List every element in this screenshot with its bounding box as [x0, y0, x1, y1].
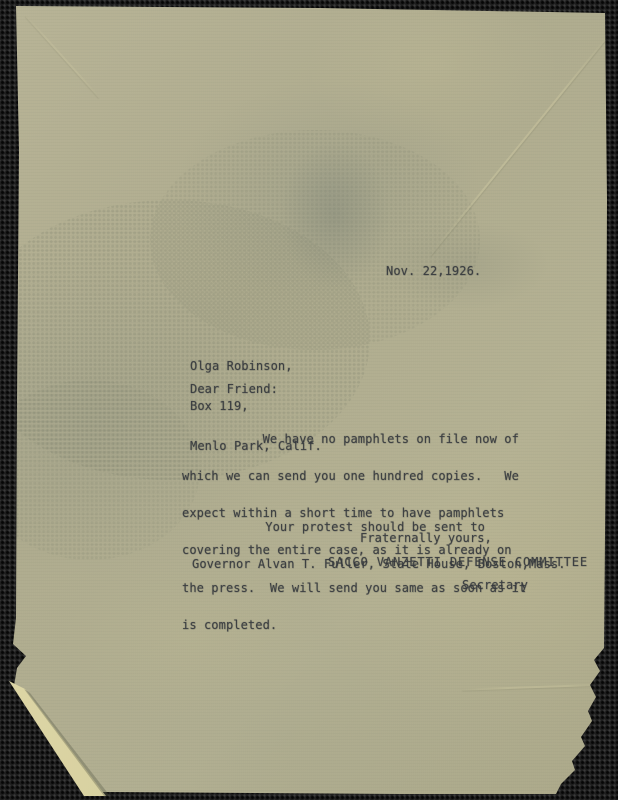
closing-line: Fraternally yours,: [360, 532, 492, 544]
paper-blotch: [280, 140, 390, 290]
body1-line: is completed.: [182, 619, 526, 631]
signature-title: Secretary: [462, 579, 528, 591]
body1-line: which we can send you one hundred copies…: [182, 470, 526, 482]
organization-name: SACCO VANZETTI DEFENSE COMMITTEE: [328, 556, 588, 568]
salutation: Dear Friend:: [190, 383, 278, 395]
recipient-name: Olga Robinson,: [190, 360, 322, 373]
scan-backing: Nov. 22,1926. Olga Robinson, Box 119, Me…: [0, 0, 618, 800]
letter-paper: Nov. 22,1926. Olga Robinson, Box 119, Me…: [0, 0, 618, 800]
body1-line: We have no pamphlets on file now of: [182, 433, 526, 445]
letter-date: Nov. 22,1926.: [386, 265, 481, 277]
